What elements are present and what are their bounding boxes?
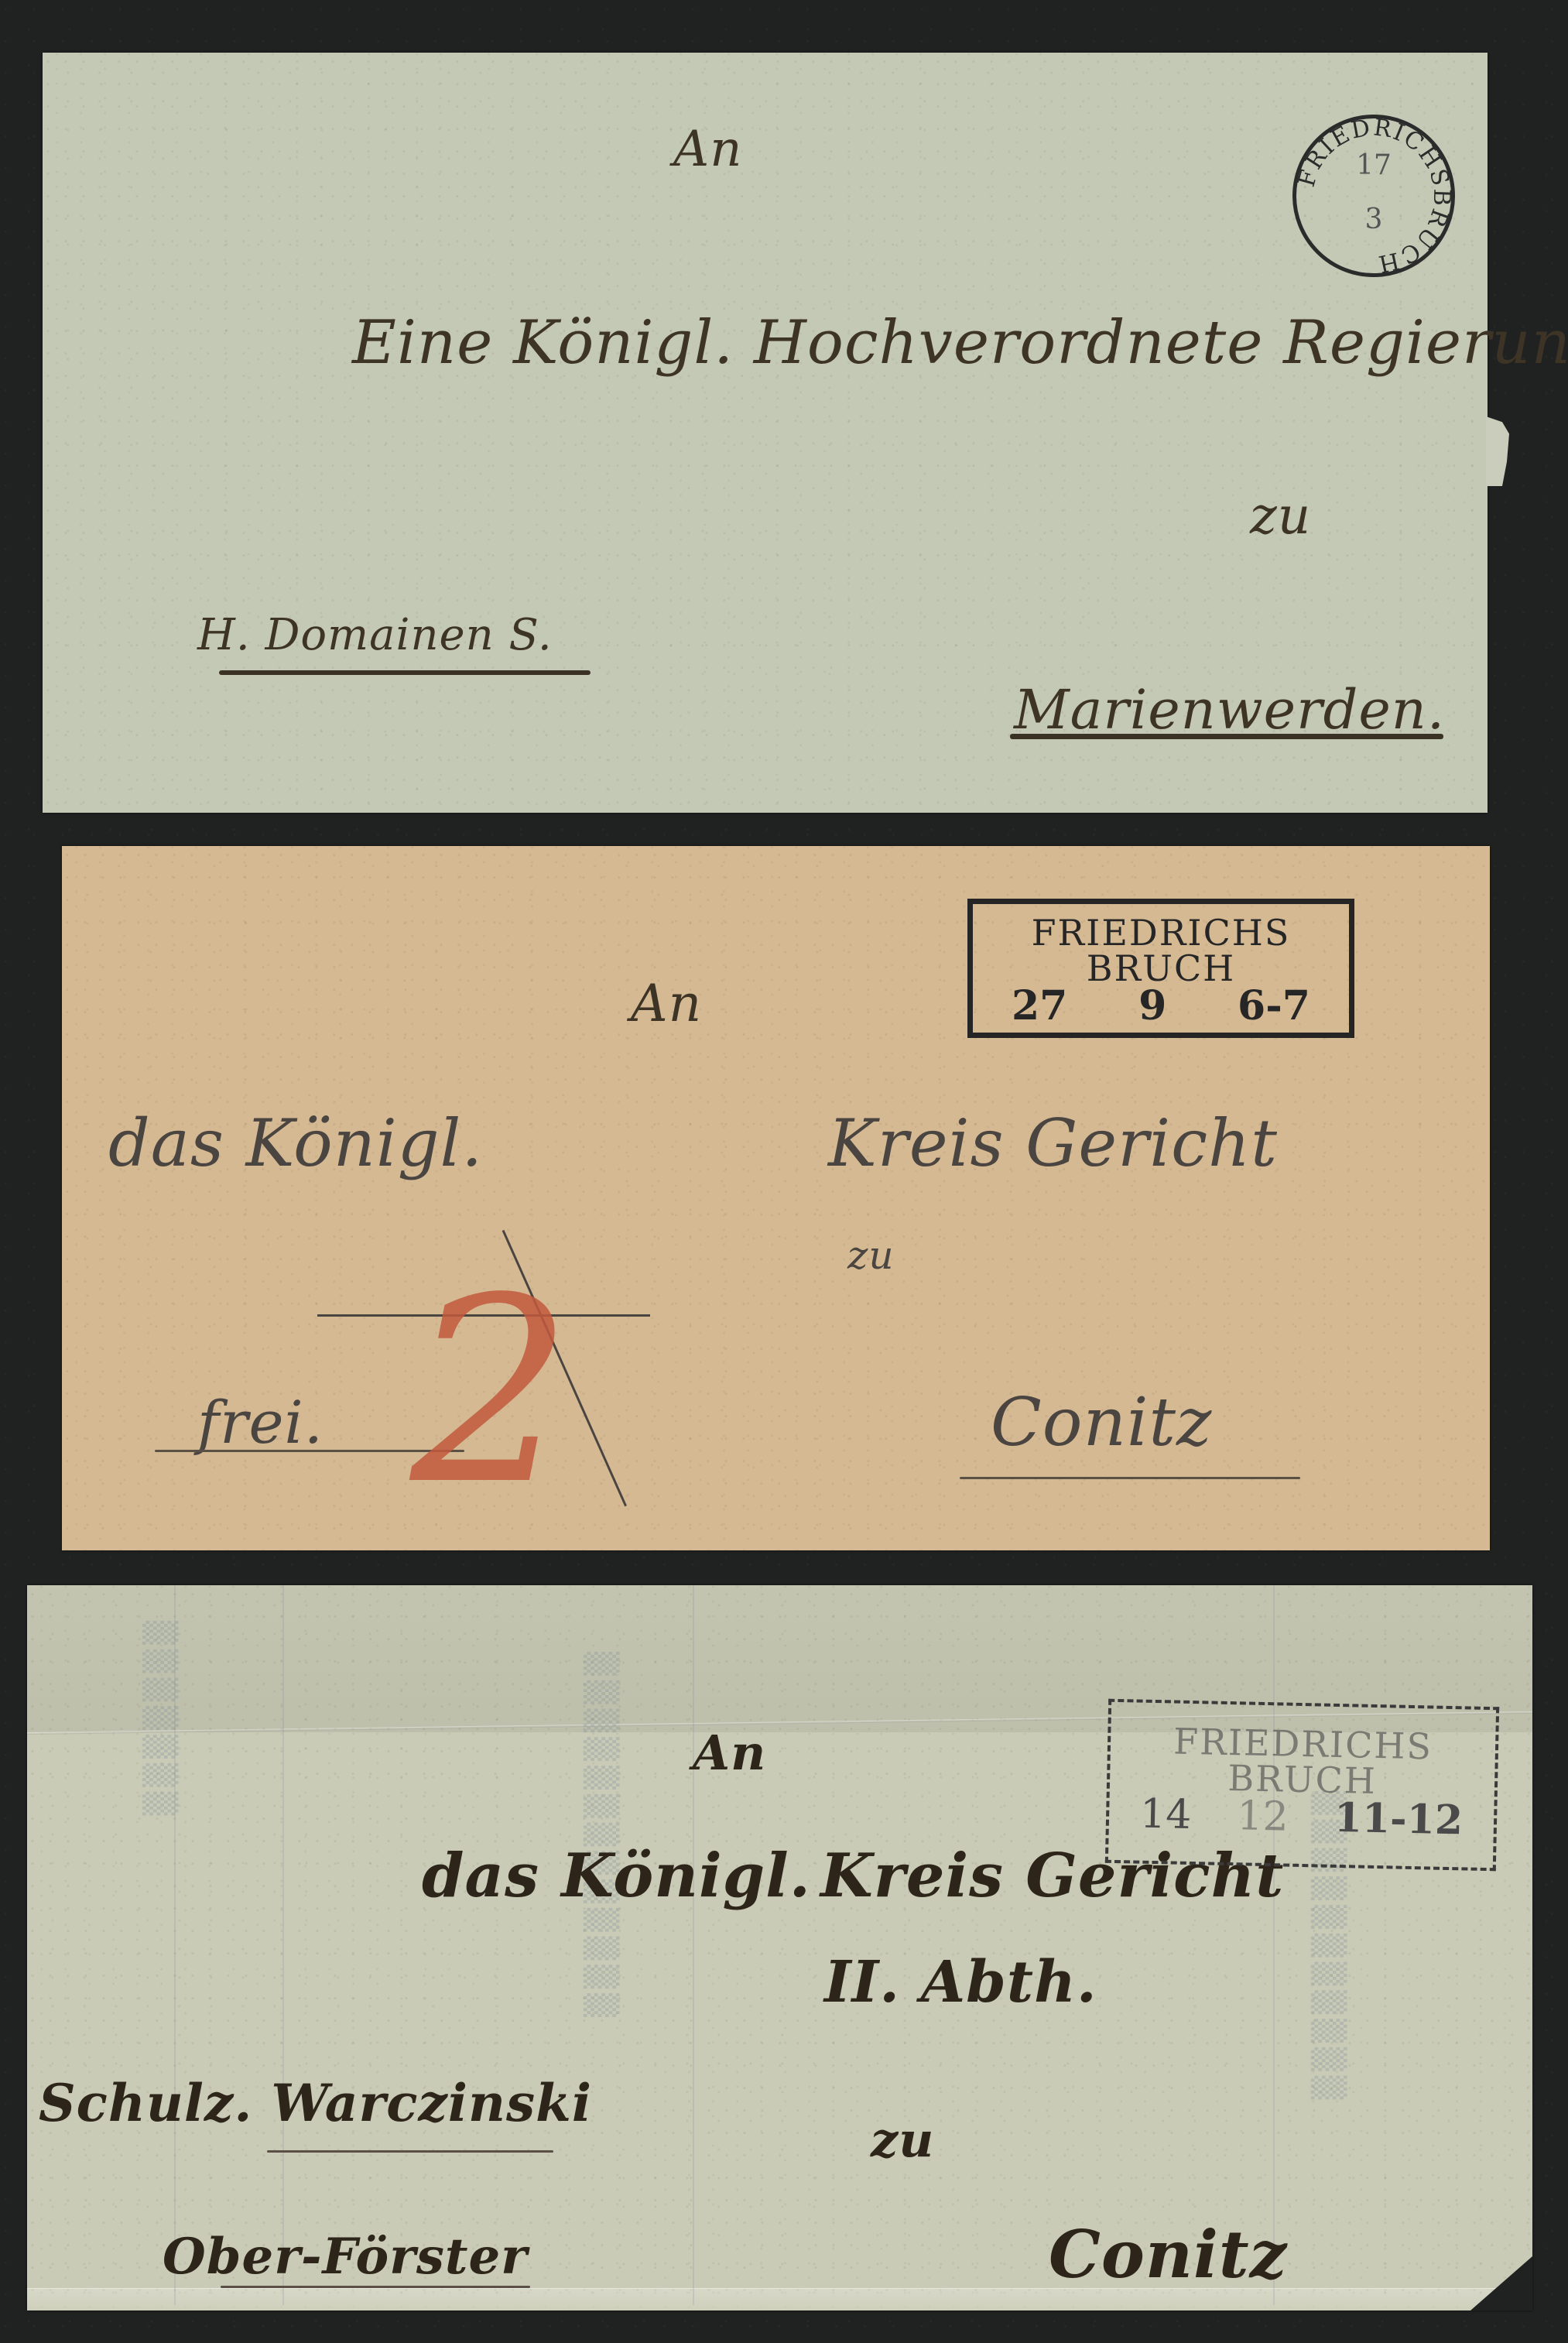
postmark-time: 11-12 — [1333, 1798, 1463, 1841]
destination: Conitz — [1049, 2216, 1287, 2293]
postmark-ring-text: FRIEDRICHSBRUCH — [1292, 115, 1455, 277]
postmark-day: 14 — [1140, 1794, 1192, 1835]
torn-corner — [1470, 2256, 1532, 2310]
postmark-circular: FRIEDRICHSBRUCH 17 3 — [1292, 115, 1455, 277]
franking-note: frei. — [197, 1388, 324, 1457]
preposition-zu: zu — [847, 1233, 895, 1278]
bottom-fold — [27, 2288, 1532, 2310]
sender-note: H. Domainen S. — [197, 610, 553, 660]
postmark-month: 12 — [1237, 1796, 1289, 1837]
svg-text:FRIEDRICHSBRUCH: FRIEDRICHSBRUCH — [1293, 115, 1455, 277]
printed-form-text: ▒▒▒▒▒▒▒▒▒▒▒▒▒ — [584, 1647, 620, 2017]
destination-underline — [1010, 734, 1443, 739]
salutation-an: An — [631, 974, 702, 1033]
postmark-day: 17 — [1296, 149, 1451, 181]
form-rule — [1273, 1585, 1275, 2305]
form-rule — [282, 1585, 284, 2305]
postmark-month: 3 — [1296, 204, 1451, 235]
postmark-day: 27 — [1012, 986, 1067, 1026]
cover-conitz-1: An das Königl. Kreis Gericht zu frei. 2 … — [62, 846, 1490, 1550]
preposition-zu: zu — [1250, 486, 1311, 546]
postmark-town-line2: BRUCH — [973, 951, 1349, 986]
postmark-boxed: FRIEDRICHS BRUCH 14 12 11-12 — [1105, 1699, 1499, 1872]
postmark-date-line: 27 9 6-7 — [973, 986, 1349, 1026]
destination-underline — [960, 1477, 1300, 1479]
recipient-line: Eine Königl. Hochverordnete Regierung — [352, 308, 1568, 378]
sender-note-line1: Schulz. Warczinski — [39, 2073, 592, 2133]
sender-underline — [219, 670, 591, 675]
preposition-zu: zu — [871, 2112, 934, 2168]
red-crayon-rate-mark: 2 — [410, 1264, 573, 1519]
cover-marienwerder: An Eine Königl. Hochverordnete Regierung… — [43, 53, 1488, 813]
destination: Conitz — [991, 1384, 1212, 1461]
cover-conitz-2: ▒▒▒▒▒▒▒ ▒▒▒▒▒▒▒▒▒▒▒▒▒ ▒▒▒▒▒▒▒▒▒▒▒ An das… — [27, 1585, 1532, 2310]
destination: Marienwerden. — [1014, 678, 1445, 742]
recipient-line2: II. Abth. — [824, 1949, 1097, 2016]
recipient-line: Kreis Gericht — [828, 1105, 1278, 1181]
postmark-month: 9 — [1138, 986, 1166, 1026]
recipient-prefix: das Königl. — [108, 1105, 483, 1181]
postmark-boxed: FRIEDRICHS BRUCH 27 9 6-7 — [967, 899, 1354, 1038]
salutation-an: An — [673, 121, 742, 178]
sender-underline — [267, 2150, 553, 2153]
sender-note-line2: Ober-Förster — [163, 2228, 528, 2286]
postmark-time: 6-7 — [1238, 986, 1310, 1026]
salutation-an: An — [693, 1725, 766, 1781]
printed-form-text: ▒▒▒▒▒▒▒ — [143, 1616, 179, 1815]
form-rule — [693, 1585, 694, 2305]
postmark-town-line1: FRIEDRICHS — [973, 915, 1349, 951]
recipient-prefix: das Königl. — [422, 1841, 811, 1911]
postmark-date-line: 14 12 11-12 — [1109, 1793, 1494, 1841]
sender-underline — [221, 2286, 530, 2288]
